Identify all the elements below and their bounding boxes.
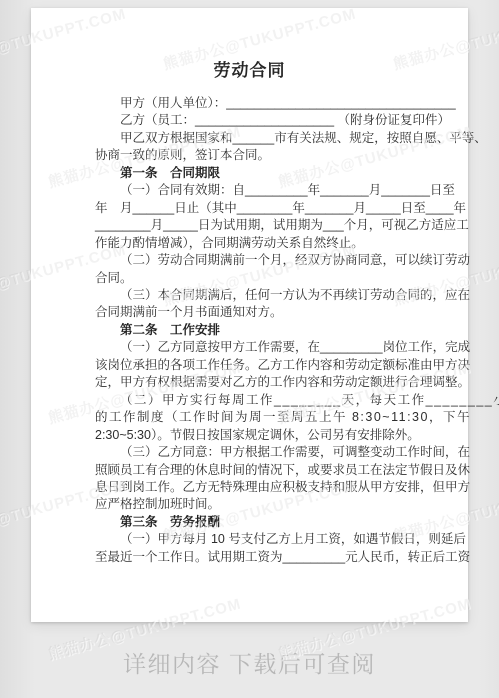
- contract-line: 应严格控制加班时间。: [95, 496, 420, 513]
- contract-line: 的工作制度（工作时间为周一至周五上午 8:30~11:30，下午: [95, 409, 420, 426]
- contract-line: 合同。: [95, 270, 420, 287]
- contract-line: （三）乙方同意：甲方根据工作需要，可调整变动工作时间，在: [95, 444, 420, 461]
- contract-line: 甲乙双方根据国家和______市有关法规、规定，按照自愿、平等、: [95, 130, 420, 147]
- contract-line: 乙方（员工：____________________ （附身份证复印件）: [95, 112, 420, 129]
- contract-line: 第一条 合同期限: [95, 165, 420, 182]
- document-title: 劳动合同: [31, 56, 468, 81]
- contract-line: 2:30~5:30）。节假日按国家规定调休，公司另有安排除外。: [95, 427, 420, 444]
- contract-line: 照顾员工有合理的休息时间的情况下，或要求员工在法定节假日及休: [95, 462, 420, 479]
- contract-line: 协商一致的原则，签订本合同。: [95, 147, 420, 164]
- contract-line: （二）劳动合同期满前一个月，经双方协商同意，可以续订劳动: [95, 252, 420, 269]
- contract-line: （一）甲方每月 10 号支付乙方上月工资，如遇节假日，则延后: [95, 531, 420, 548]
- contract-lines: 甲方（用人单位）：_______________________________…: [95, 95, 420, 566]
- contract-page: 劳动合同 甲方（用人单位）：__________________________…: [31, 8, 468, 622]
- preview-canvas: 劳动合同 甲方（用人单位）：__________________________…: [0, 0, 499, 698]
- contract-line: 至最近一个工作日。试用期工资为_________元人民币，转正后工资: [95, 549, 420, 566]
- contract-line: （三）本合同期满后，任何一方认为不再续订劳动合同的，应在: [95, 287, 420, 304]
- contract-line: 该岗位承担的各项工作任务。乙方工作内容和劳动定额标准由甲方决: [95, 357, 420, 374]
- contract-line: 作能力酌情增减），合同期满劳动关系自然终止。: [95, 235, 420, 252]
- contract-line: （一）乙方同意按甲方工作需要，在_________岗位工作，完成: [95, 339, 420, 356]
- footer-note: 详细内容 下载后可查阅: [0, 646, 499, 679]
- contract-line: ________月_____日为试用期，试用期为___个月，可视乙方适应工: [95, 217, 420, 234]
- contract-line: （一）合同有效期：自_________年_______月_______日至: [95, 182, 420, 199]
- contract-line: 合同期满前一个月书面通知对方。: [95, 304, 420, 321]
- contract-line: 年 月______日止（其中________年_______月_____日至__…: [95, 200, 420, 217]
- contract-line: 息日到岗工作。乙方无特殊理由应积极支持和服从甲方安排，但甲方: [95, 479, 420, 496]
- contract-line: 定，甲方有权根据需要对乙方的工作内容和劳动定额进行合理调整。: [95, 374, 420, 391]
- contract-line: 第三条 劳务报酬: [95, 514, 420, 531]
- contract-line: 甲方（用人单位）：_______________________________…: [95, 95, 420, 112]
- contract-line: （二）甲方实行每周工作________天，每天工作________小时: [95, 392, 420, 409]
- contract-line: 第二条 工作安排: [95, 322, 420, 339]
